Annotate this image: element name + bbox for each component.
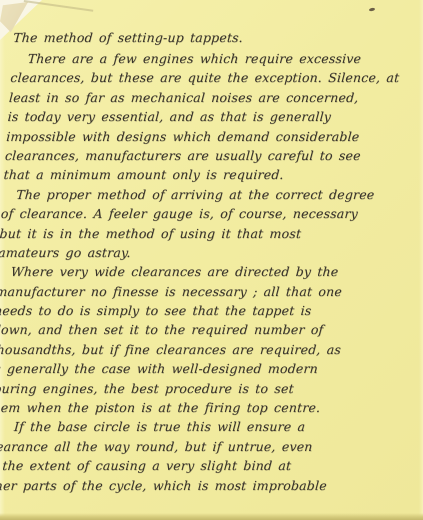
manuscript-line: touring engines, the best procedure is t…	[0, 379, 391, 398]
manuscript-line: clearances, manufacturers are usually ca…	[4, 146, 407, 165]
paper-bottom-edge-shadow	[0, 513, 423, 520]
manuscript-line: manufacturer no finesse is necessary ; a…	[0, 282, 398, 301]
manuscript-line: amateurs go astray.	[0, 243, 401, 262]
manuscript-line: them when the piston is at the firing to…	[0, 398, 390, 417]
manuscript-line: down, and then set it to the required nu…	[0, 320, 395, 339]
manuscript-line: other parts of the cycle, which is most …	[0, 476, 385, 495]
manuscript-line: least in so far as mechanical noises are…	[8, 88, 411, 107]
manuscript-line: clearance all the way round, but if untr…	[0, 437, 387, 456]
manuscript-line: needs to do is simply to see that the ta…	[0, 301, 397, 320]
manuscript-line: of clearance. A feeler gauge is, of cour…	[0, 204, 403, 223]
manuscript-line: but it is in the method of using it that…	[0, 224, 402, 243]
manuscript-line: clearances, but these are quite the exce…	[10, 68, 413, 87]
manuscript-text: The method of setting-up tappets. There …	[0, 27, 416, 495]
manuscript-line: Where very wide clearances are directed …	[0, 262, 400, 281]
manuscript-line: There are a few engines which require ex…	[11, 49, 414, 68]
paper-right-edge	[419, 0, 423, 520]
manuscript-line: impossible with designs which demand con…	[6, 127, 409, 146]
manuscript-line: that a minimum amount only is required.	[3, 165, 406, 184]
ink-speck	[369, 7, 375, 11]
manuscript-line: thousandths, but if fine clearances are …	[0, 340, 394, 359]
manuscript-line: The proper method of arriving at the cor…	[2, 185, 405, 204]
manuscript-line: is generally the case with well-designed…	[0, 359, 393, 378]
manuscript-line: to the extent of causing a very slight b…	[0, 456, 386, 475]
manuscript-line: is today very essential, and as that is …	[7, 107, 410, 126]
manuscript-line: If the base circle is true this will ens…	[0, 417, 389, 436]
page-title: The method of setting-up tappets.	[13, 27, 416, 48]
paper-page: The method of setting-up tappets. There …	[0, 0, 423, 520]
